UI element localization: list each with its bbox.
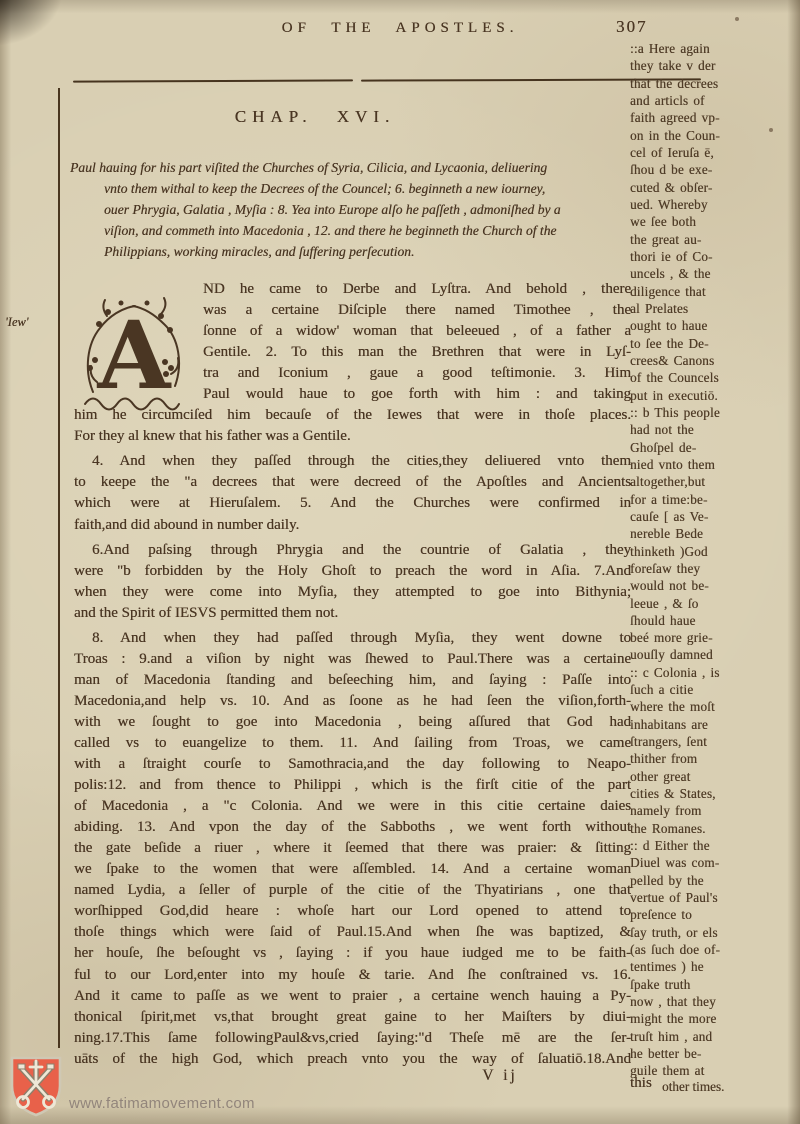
body-line: ND he came to Derbe and Lyſtra. And beho… [203, 279, 631, 300]
body-line: with a ſtraight courſe to Samothracia,an… [74, 754, 631, 775]
body-line: thonical ſpirit,met vs,that brought grea… [74, 1007, 631, 1028]
body-line: tra and Iconium , gaue a good teſtimonie… [203, 363, 631, 384]
fatima-movement-shield-logo-icon [8, 1051, 64, 1119]
body-line: her houſe, ſhe beſought vs , ſaying : if… [74, 943, 631, 964]
body-line: 8. And when they had paſſed through Myſi… [74, 628, 631, 649]
page-number: 307 [616, 17, 648, 37]
body-line: thoſe things which were ſaid of Paul.15.… [74, 922, 631, 943]
body-line: And it came to paſſe as we went to praie… [74, 986, 631, 1007]
body-line: faith,and did abound in number daily. [74, 515, 631, 536]
body-line: abiding. 13. And vpon the day of the Sab… [74, 817, 631, 838]
body-line: with we ſought to goe into Macedonia , b… [74, 712, 631, 733]
chapter-argument: Paul hauing for his part viſited the Chu… [70, 157, 636, 262]
body-line: we ſpake to the women that were aſſemble… [74, 859, 631, 880]
body-line: ſonne of a widow' woman that beleeued , … [203, 321, 631, 342]
running-title: OF THE APOSTLES. [100, 20, 700, 37]
body-line: and the Spirit of IESVS permitted them n… [74, 603, 631, 624]
body-line: worſhipped God,did heare : whoſe hart ou… [74, 901, 631, 922]
argument-line: viſion, and commeth into Macedonia , 12.… [104, 220, 636, 241]
right-margin-annotations: ::a Here again they take v der that the … [630, 40, 798, 1080]
body-text: ND he came to Derbe and Lyſtra. And beho… [74, 279, 631, 1070]
body-line: 6.And paſsing through Phrygia and the co… [74, 540, 631, 561]
body-line: him he circumciſed him becauſe of the Ie… [74, 405, 631, 426]
body-line: named Lydia, a ſeller of purple of the c… [74, 880, 631, 901]
body-line: Paul would haue to goe forth with him : … [203, 384, 631, 405]
body-line: Macedonia,and help vs. 10. And as ſoone … [74, 691, 631, 712]
body-line: polis:12. and from thence to Philippi , … [74, 775, 631, 796]
chapter-heading: CHAP. XVI. [75, 107, 555, 127]
right-margin-last-line: other times. [662, 1079, 724, 1095]
ink-speck [769, 128, 773, 132]
body-line: which were at Hieruſalem. 5. And the Chu… [74, 493, 631, 514]
left-margin-note: 'Iew' [5, 315, 28, 330]
body-line: was a certaine Diſciple there named Timo… [203, 300, 631, 321]
body-line: ning.17.This ſame followingPaul&vs,cried… [74, 1028, 631, 1049]
header-rule-left [73, 79, 353, 82]
body-line: called vs to euangelize to them. 11. And… [74, 733, 631, 754]
body-line: the gate beſide a riuer , where it ſeeme… [74, 838, 631, 859]
body-line: Gentile. 2. To this man the Brethren tha… [203, 342, 631, 363]
signature-mark: V ij [430, 1067, 570, 1085]
body-line: when they were come into Myſia, they att… [74, 582, 631, 603]
argument-line: Paul hauing for his part viſited the Chu… [70, 157, 636, 178]
argument-line: ouer Phrygia, Galatia , Myſia : 8. Yea i… [104, 199, 636, 220]
argument-line: vnto them withal to keep the Decrees of … [104, 178, 636, 199]
scanned-book-page: OF THE APOSTLES. 307 CHAP. XVI. Paul hau… [0, 0, 800, 1124]
body-line: Troas : 9.and a viſion by night was ſhew… [74, 649, 631, 670]
body-line: ful to our Lord,enter into my houſe & ta… [74, 965, 631, 986]
left-border-rule [58, 88, 60, 1048]
body-line: to keepe the "a decrees that were decree… [74, 472, 631, 493]
body-line: 4. And when they paſſed through the citi… [74, 451, 631, 472]
catchword: this [630, 1075, 652, 1092]
body-line: were "b forbidden by the Holy Ghoſt to p… [74, 561, 631, 582]
watermark-url-text: www.fatimamovement.com [69, 1095, 255, 1112]
argument-line: Philippians, working miracles, and ſuffe… [104, 241, 636, 262]
ink-speck [735, 17, 739, 21]
body-line: For they al knew that his father was a G… [74, 426, 631, 447]
body-line: of Macedonia , a "c Colonia. And we were… [74, 796, 631, 817]
body-line: man of Macedonia ſtanding and beſeeching… [74, 670, 631, 691]
